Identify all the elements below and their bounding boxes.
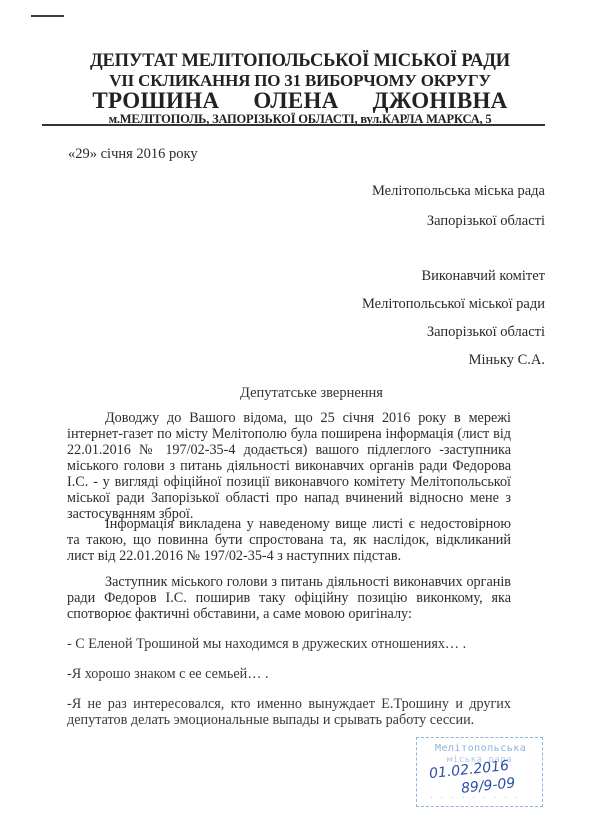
quoted-line: - С Еленой Трошиной мы находимся в друже…	[67, 636, 511, 652]
stamp-organization: Мелітопольська	[435, 743, 526, 754]
stamp-footer: · · · · · · · · ·	[429, 793, 519, 802]
corner-mark	[31, 15, 64, 17]
body-paragraph: Інформація викладена у наведеному вище л…	[67, 516, 511, 564]
quoted-line: -Я хорошо знаком с ее семьей… .	[67, 666, 511, 682]
letterhead-divider	[42, 124, 545, 126]
recipient-line: Виконавчий комітет	[421, 268, 545, 285]
letterhead-title: ДЕПУТАТ МЕЛІТОПОЛЬСЬКОЇ МІСЬКОЇ РАДИ	[0, 51, 600, 72]
quoted-line: -Я не раз интересовался, кто именно выну…	[67, 696, 511, 728]
recipient-line: Запорізької області	[427, 324, 545, 341]
document-date: «29» січня 2016 року	[68, 146, 198, 163]
letterhead-name: ТРОШИНА ОЛЕНА ДЖОНІВНА	[0, 88, 600, 114]
recipient-line: Запорізької області	[427, 213, 545, 230]
recipient-line: Мелітопольської міської ради	[362, 296, 545, 313]
registration-stamp: Мелітопольська міська рада 01.02.2016 89…	[416, 737, 543, 807]
recipient-line: Мелітопольська міська рада	[372, 183, 545, 200]
document-title: Депутатське звернення	[240, 385, 383, 402]
body-paragraph: Доводжу до Вашого відома, що 25 січня 20…	[67, 410, 511, 522]
recipient-line: Міньку С.А.	[469, 352, 545, 369]
body-paragraph: Заступник міського голови з питань діяль…	[67, 574, 511, 622]
